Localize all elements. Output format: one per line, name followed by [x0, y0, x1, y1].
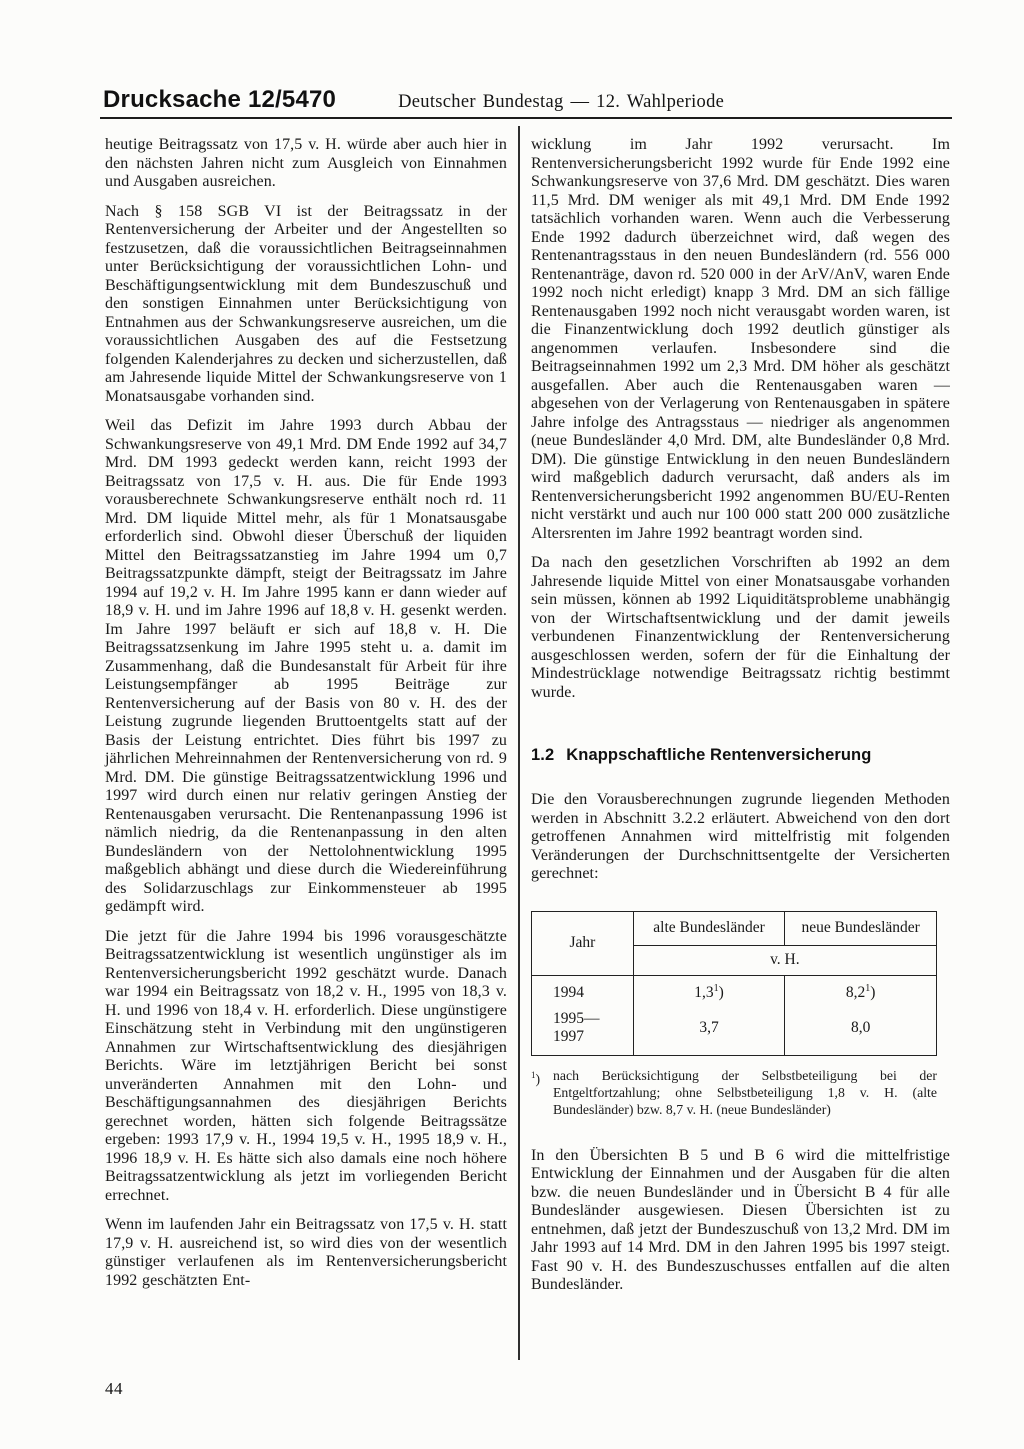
doc-number: Drucksache 12/5470 [103, 86, 336, 114]
paragraph: Die jetzt für die Jahre 1994 bis 1996 vo… [105, 928, 507, 1206]
header-rule [100, 117, 952, 119]
year-cell: 1995—1997 [532, 1006, 634, 1056]
section-heading: 1.2Knappschaftliche Rentenversicherung [531, 746, 950, 765]
page-header: Drucksache 12/5470 Deutscher Bundestag —… [103, 86, 952, 114]
paragraph: Da nach den gesetzlichen Vorschriften ab… [531, 554, 950, 702]
paragraph: Die den Vorausberechnungen zugrunde lieg… [531, 791, 950, 884]
column-divider [518, 126, 520, 1360]
footnote-text: nach Berücksichtigung der Selbstbeteilig… [553, 1067, 937, 1118]
value-cell: 8,21) [785, 975, 937, 1006]
paragraph: In den Übersichten B 5 und B 6 wird die … [531, 1147, 950, 1295]
left-column: heutige Beitragssatz von 17,5 v. H. würd… [105, 136, 507, 1290]
year-cell: 1994 [532, 975, 634, 1006]
paragraph: Nach § 158 SGB VI ist der Beitragssatz i… [105, 203, 507, 407]
table-row: 1994 1,31) 8,21) [532, 975, 937, 1006]
section-heading-text: Knappschaftliche Rentenversicherung [566, 746, 871, 764]
table-unit-cell: v. H. [633, 945, 936, 975]
table-header-jahr: Jahr [532, 911, 634, 975]
table-header-row: Jahr alte Bundesländer neue Bundesländer [532, 911, 937, 945]
table-header-new: neue Bundesländer [785, 911, 937, 945]
table-header-old: alte Bundesländer [633, 911, 785, 945]
section-heading-number: 1.2 [531, 746, 554, 764]
paragraph: Wenn im laufenden Jahr ein Beitragssatz … [105, 1216, 507, 1290]
value-cell: 3,7 [633, 1006, 785, 1056]
paragraph: Weil das Defizit im Jahre 1993 durch Abb… [105, 417, 507, 917]
value-cell: 8,0 [785, 1006, 937, 1056]
value-cell: 1,31) [633, 975, 785, 1006]
entgelt-table: Jahr alte Bundesländer neue Bundesländer… [531, 911, 937, 1056]
table-row: 1995—1997 3,7 8,0 [532, 1006, 937, 1056]
doc-title: Deutscher Bundestag — 12. Wahlperiode [398, 92, 724, 113]
footnote-marker: 1) [531, 1067, 553, 1118]
paragraph: wicklung im Jahr 1992 verursacht. Im Ren… [531, 136, 950, 543]
page-number: 44 [105, 1379, 123, 1399]
footnote: 1) nach Berücksichtigung der Selbstbetei… [531, 1067, 937, 1118]
document-page: Drucksache 12/5470 Deutscher Bundestag —… [0, 0, 1024, 1449]
right-column: wicklung im Jahr 1992 verursacht. Im Ren… [531, 136, 950, 1295]
paragraph: heutige Beitragssatz von 17,5 v. H. würd… [105, 136, 507, 192]
